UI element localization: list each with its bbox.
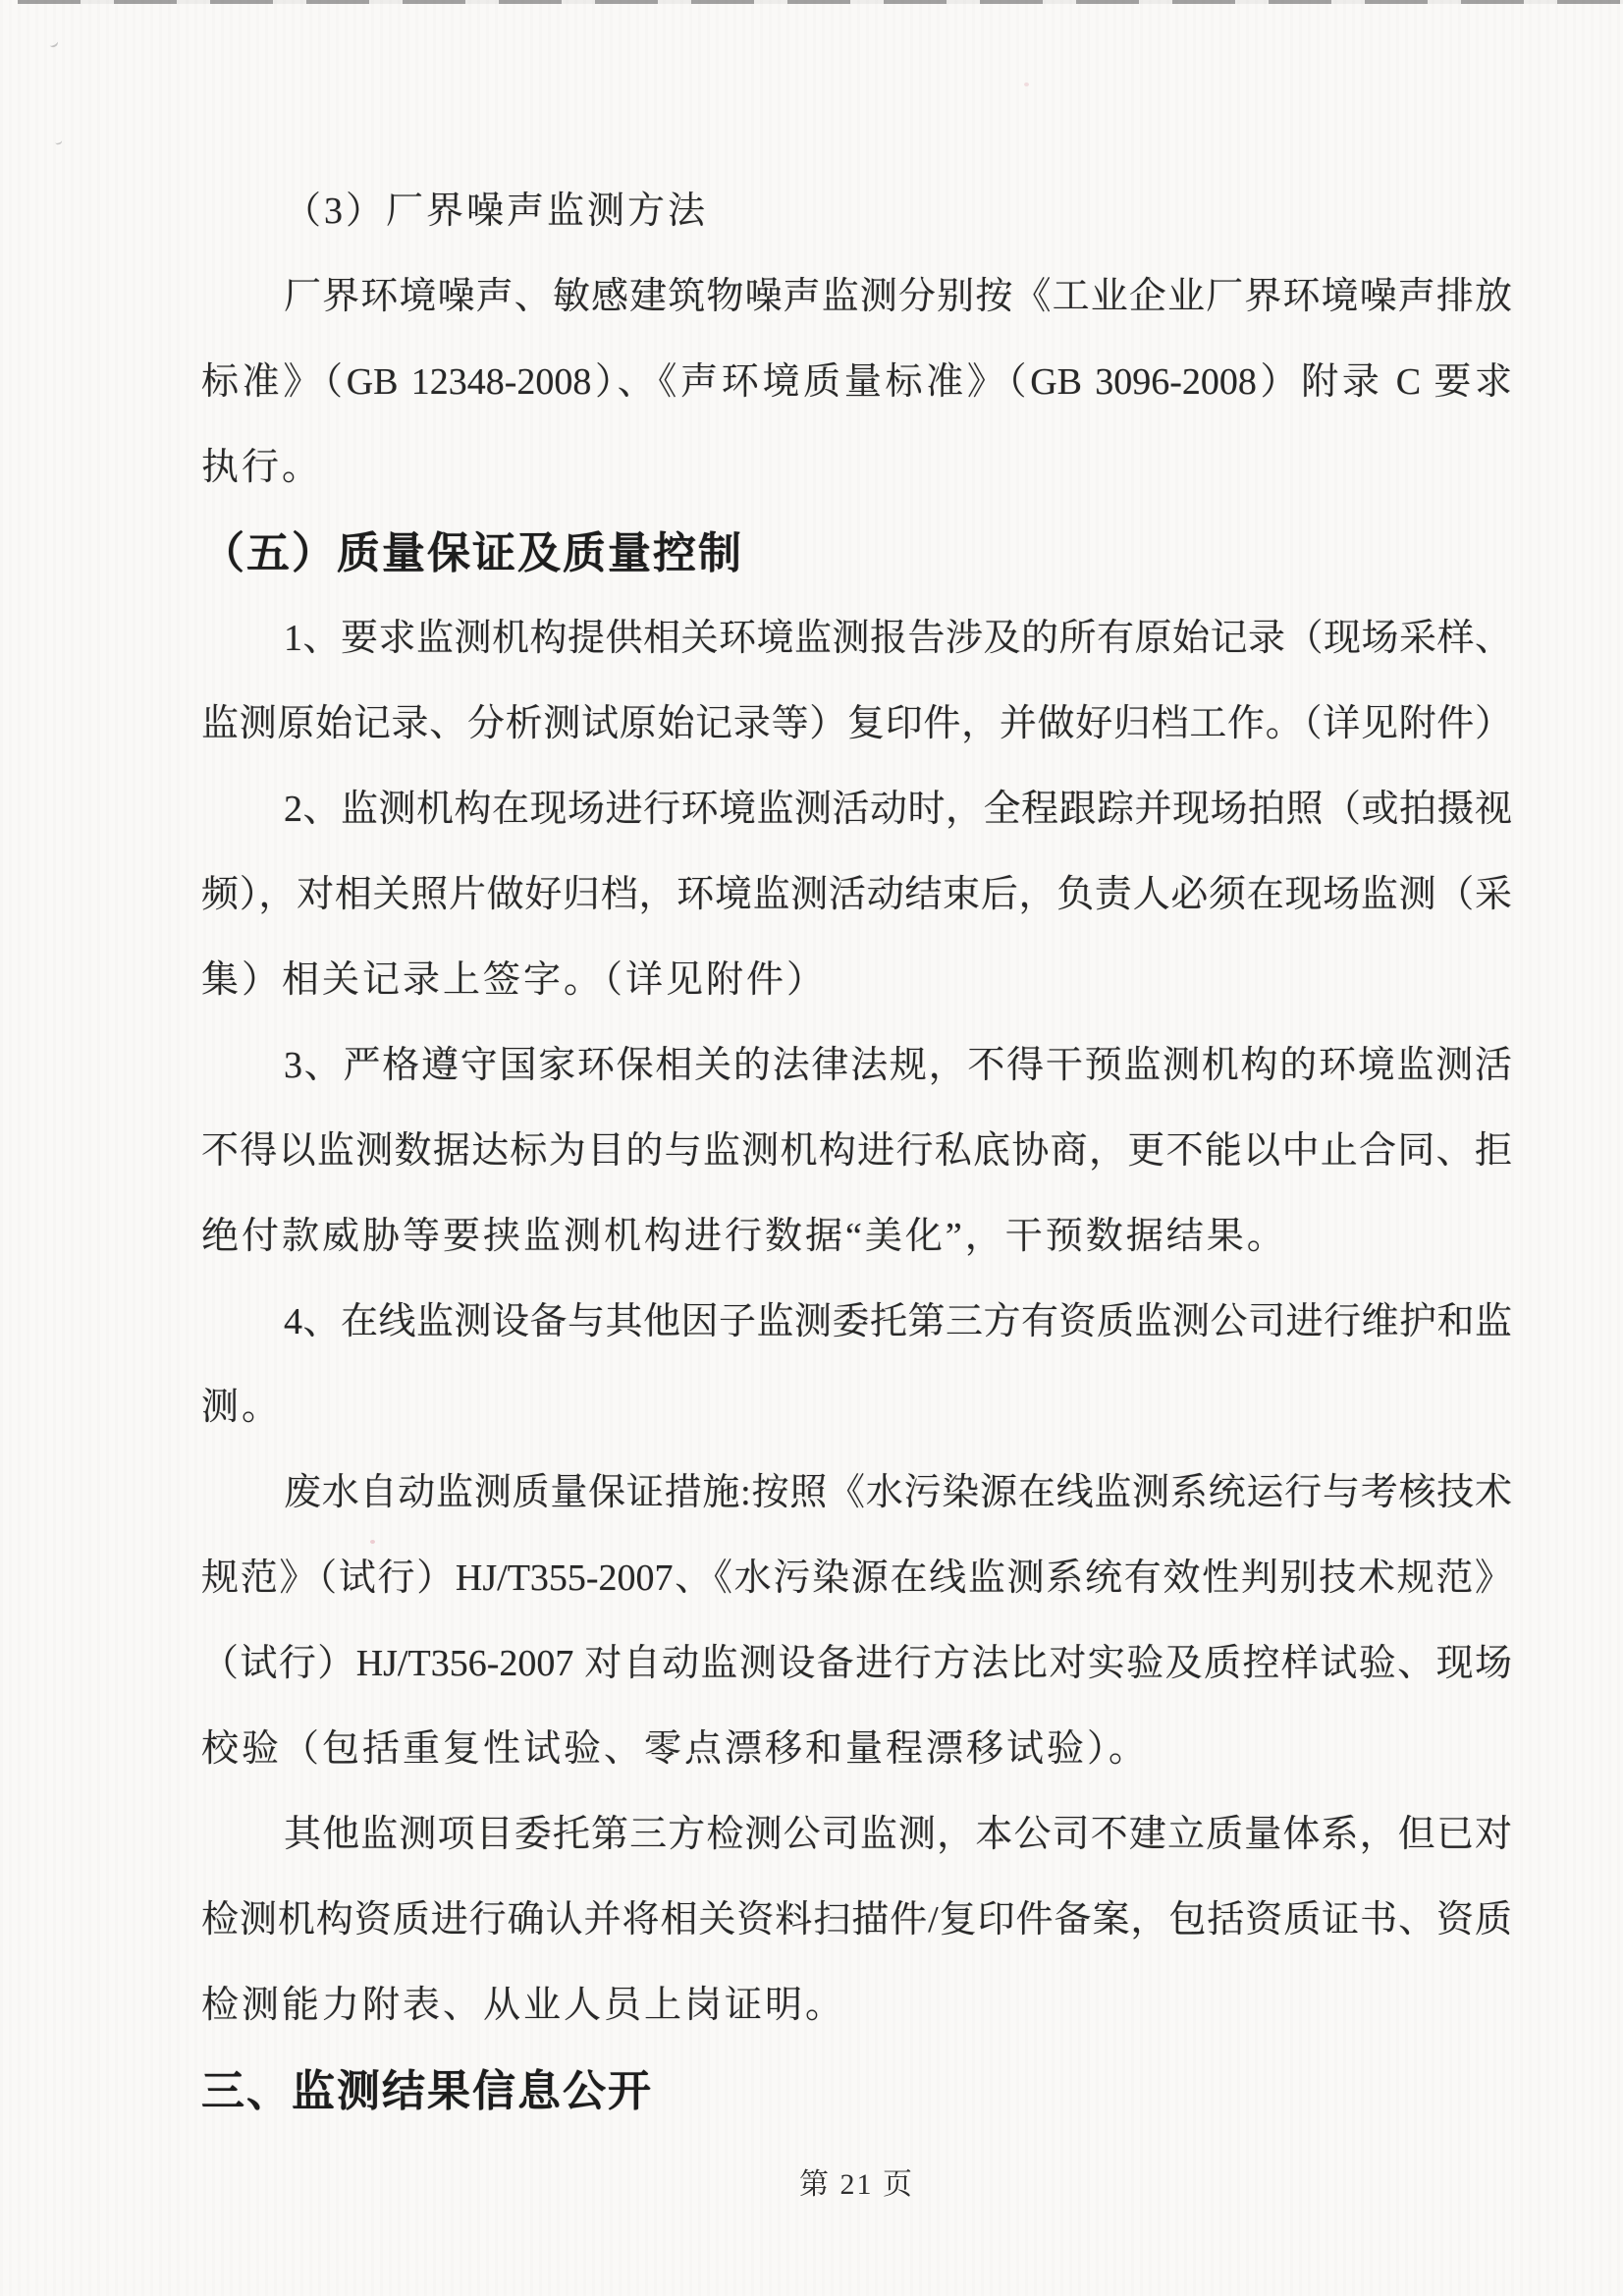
text-line: 标准》（GB 12348-2008）、《声环境质量标准》（GB 3096-200… — [201, 340, 1512, 425]
text-line: 3、严格遵守国家环保相关的法律法规，不得干预监测机构的环境监测活动， — [201, 1023, 1512, 1109]
heading-quality-assurance: （五）质量保证及质量控制 — [201, 511, 1512, 596]
text-line: （3）厂界噪声监测方法 — [201, 169, 1512, 254]
text-line: 1、要求监测机构提供相关环境监测报告涉及的所有原始记录（现场采样、 — [201, 596, 1512, 682]
text-line: 2、监测机构在现场进行环境监测活动时，全程跟踪并现场拍照（或拍摄视 — [201, 767, 1512, 852]
text-line: 废水自动监测质量保证措施:按照《水污染源在线监测系统运行与考核技术 — [201, 1450, 1512, 1536]
text-line: 4、在线监测设备与其他因子监测委托第三方有资质监测公司进行维护和监 — [201, 1280, 1512, 1365]
text-line: 规范》（试行）HJ/T355-2007、《水污染源在线监测系统有效性判别技术规范… — [201, 1536, 1512, 1621]
text-line: 检测机构资质进行确认并将相关资料扫描件/复印件备案，包括资质证书、资质 — [201, 1878, 1512, 1963]
text-line: 频），对相关照片做好归档，环境监测活动结束后，负责人必须在现场监测（采 — [201, 852, 1512, 938]
heading-result-disclosure: 三、监测结果信息公开 — [201, 2049, 1512, 2134]
para-item-3: 3、严格遵守国家环保相关的法律法规，不得干预监测机构的环境监测活动，不得以监测数… — [201, 1023, 1512, 1280]
text-line: 监测原始记录、分析测试原始记录等）复印件，并做好归档工作。（详见附件） — [201, 682, 1512, 767]
text-line: 集）相关记录上签字。（详见附件） — [201, 938, 1512, 1023]
para-item-1: 1、要求监测机构提供相关环境监测报告涉及的所有原始记录（现场采样、监测原始记录、… — [201, 596, 1512, 767]
scan-speck-artifact — [48, 37, 60, 48]
text-line: 厂界环境噪声、敏感建筑物噪声监测分别按《工业企业厂界环境噪声排放 — [201, 254, 1512, 340]
document-page: （3）厂界噪声监测方法厂界环境噪声、敏感建筑物噪声监测分别按《工业企业厂界环境噪… — [0, 0, 1623, 2296]
text-line: 测。 — [201, 1365, 1512, 1450]
para-item-4: 4、在线监测设备与其他因子监测委托第三方有资质监测公司进行维护和监测。 — [201, 1280, 1512, 1450]
scan-speck-artifact — [1024, 82, 1029, 86]
para-noise-method-body: 厂界环境噪声、敏感建筑物噪声监测分别按《工业企业厂界环境噪声排放标准》（GB 1… — [201, 254, 1512, 511]
heading-line: （五）质量保证及质量控制 — [201, 511, 1512, 596]
text-line: 执行。 — [201, 425, 1512, 511]
text-line: 绝付款威胁等要挟监测机构进行数据“美化”，干预数据结果。 — [201, 1194, 1512, 1280]
scan-speck-artifact — [54, 137, 63, 145]
page-number: 第 21 页 — [201, 2156, 1512, 2214]
heading-line: 三、监测结果信息公开 — [201, 2049, 1512, 2134]
text-line: 检测能力附表、从业人员上岗证明。 — [201, 1963, 1512, 2049]
document-content: （3）厂界噪声监测方法厂界环境噪声、敏感建筑物噪声监测分别按《工业企业厂界环境噪… — [201, 169, 1512, 2134]
para-wastewater-qa: 废水自动监测质量保证措施:按照《水污染源在线监测系统运行与考核技术规范》（试行）… — [201, 1450, 1512, 1792]
text-line: 不得以监测数据达标为目的与监测机构进行私底协商，更不能以中止合同、拒 — [201, 1109, 1512, 1194]
para-other-items: 其他监测项目委托第三方检测公司监测，本公司不建立质量体系，但已对检测机构资质进行… — [201, 1792, 1512, 2049]
para-item-2: 2、监测机构在现场进行环境监测活动时，全程跟踪并现场拍照（或拍摄视频），对相关照… — [201, 767, 1512, 1023]
para-noise-method-title: （3）厂界噪声监测方法 — [201, 169, 1512, 254]
text-line: 校验（包括重复性试验、零点漂移和量程漂移试验）。 — [201, 1707, 1512, 1792]
text-line: （试行）HJ/T356-2007 对自动监测设备进行方法比对实验及质控样试验、现… — [201, 1621, 1512, 1707]
text-line: 其他监测项目委托第三方检测公司监测，本公司不建立质量体系，但已对 — [201, 1792, 1512, 1878]
scan-top-edge-artifact — [18, 0, 1623, 4]
